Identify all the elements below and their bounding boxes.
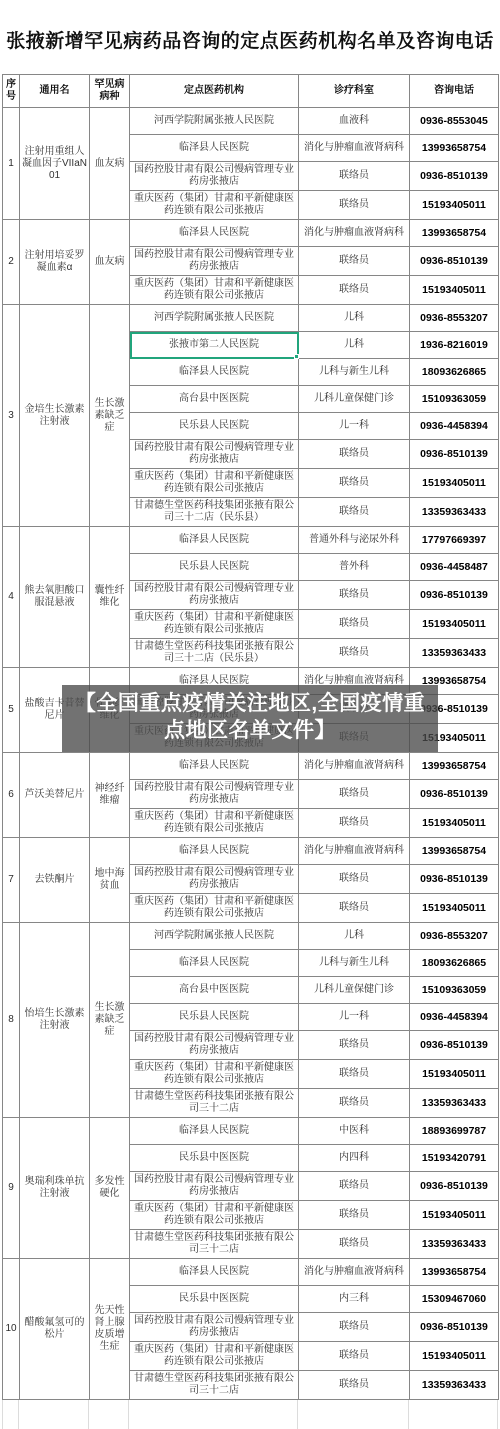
drug-name-cell: 注射用重组人凝血因子VIIaN01	[20, 108, 90, 220]
drug-name-cell: 熊去氧胆酸口服混悬液	[20, 527, 90, 668]
col-header-disease: 罕见病病种	[90, 75, 130, 108]
department-cell: 血液科	[299, 108, 410, 135]
phone-cell: 18093626865	[410, 359, 499, 386]
institution-cell: 临泽县人民医院	[130, 220, 299, 247]
department-cell: 联络员	[299, 894, 410, 923]
department-cell: 联络员	[299, 1313, 410, 1342]
institution-cell: 河西学院附属张掖人民医院	[130, 305, 299, 332]
table-row: 10醋酸氟氢可的松片先天性肾上腺皮质增生症临泽县人民医院消化与肿瘤血液肾病科13…	[3, 1259, 499, 1286]
department-cell: 联络员	[299, 440, 410, 469]
department-cell: 联络员	[299, 1031, 410, 1060]
institution-cell: 甘肃德生堂医药科技集团张掖有限公司三十二店（民乐县）	[130, 639, 299, 668]
institution-cell: 高台县中医医院	[130, 386, 299, 413]
table-row: 1注射用重组人凝血因子VIIaN01血友病河西学院附属张掖人民医院血液科0936…	[3, 108, 499, 135]
department-cell: 联络员	[299, 581, 410, 610]
phone-cell: 15109363059	[410, 386, 499, 413]
department-cell: 联络员	[299, 498, 410, 527]
empty-cell	[129, 1400, 298, 1429]
institution-cell: 河西学院附属张掖人民医院	[130, 108, 299, 135]
selection-fill-handle	[294, 354, 299, 359]
table-row: 6芦沃美替尼片神经纤维瘤临泽县人民医院消化与肿瘤血液肾病科13993658754	[3, 753, 499, 780]
department-cell: 儿一科	[299, 1004, 410, 1031]
institution-cell: 高台县中医医院	[130, 977, 299, 1004]
department-cell: 消化与肿瘤血液肾病科	[299, 220, 410, 247]
disease-cell: 生长激素缺乏症	[90, 305, 130, 527]
phone-cell: 15193405011	[410, 1060, 499, 1089]
phone-cell: 0936-8510139	[410, 1031, 499, 1060]
department-cell: 联络员	[299, 865, 410, 894]
watermark-text-line: 点地区名单文件】	[64, 717, 436, 744]
institution-cell: 甘肃德生堂医药科技集团张掖有限公司三十二店	[130, 1089, 299, 1118]
empty-cell	[298, 1400, 409, 1429]
institution-cell: 国药控股甘肃有限公司慢病管理专业药房张掖店	[130, 1172, 299, 1201]
institution-cell: 临泽县人民医院	[130, 753, 299, 780]
institution-cell: 国药控股甘肃有限公司慢病管理专业药房张掖店	[130, 162, 299, 191]
department-cell: 内四科	[299, 1145, 410, 1172]
phone-cell: 1936-8216019	[410, 332, 499, 359]
row-index-cell: 6	[3, 753, 20, 838]
row-index-cell: 1	[3, 108, 20, 220]
institution-cell: 民乐县人民医院	[130, 413, 299, 440]
row-index-cell: 7	[3, 838, 20, 923]
institution-cell: 临泽县人民医院	[130, 838, 299, 865]
institution-cell: 国药控股甘肃有限公司慢病管理专业药房张掖店	[130, 581, 299, 610]
institution-cell: 临泽县人民医院	[130, 135, 299, 162]
institution-cell: 临泽县人民医院	[130, 359, 299, 386]
department-cell: 儿科与新生儿科	[299, 359, 410, 386]
table-row: 9奥瑞利珠单抗注射液多发性硬化临泽县人民医院中医科18893699787	[3, 1118, 499, 1145]
phone-cell: 15193405011	[410, 276, 499, 305]
phone-cell: 13359363433	[410, 1371, 499, 1400]
institution-cell: 国药控股甘肃有限公司慢病管理专业药房张掖店	[130, 865, 299, 894]
institution-cell: 国药控股甘肃有限公司慢病管理专业药房张掖店	[130, 247, 299, 276]
phone-cell: 13359363433	[410, 639, 499, 668]
table-row: 4熊去氧胆酸口服混悬液囊性纤维化临泽县人民医院普通外科与泌尿外科17797669…	[3, 527, 499, 554]
phone-cell: 0936-8553045	[410, 108, 499, 135]
watermark-overlay: 【全国重点疫情关注地区,全国疫情重 点地区名单文件】	[62, 685, 438, 752]
phone-cell: 15193405011	[410, 469, 499, 498]
department-cell: 中医科	[299, 1118, 410, 1145]
phone-cell: 15309467060	[410, 1286, 499, 1313]
institution-cell: 甘肃德生堂医药科技集团张掖有限公司三十二店	[130, 1230, 299, 1259]
institution-cell: 重庆医药（集团）甘肃和平新健康医药连锁有限公司张掖店	[130, 809, 299, 838]
phone-cell: 0936-8510139	[410, 1172, 499, 1201]
row-index-cell: 10	[3, 1259, 20, 1400]
phone-cell: 15193405011	[410, 1201, 499, 1230]
department-cell: 联络员	[299, 469, 410, 498]
institution-cell: 国药控股甘肃有限公司慢病管理专业药房张掖店	[130, 440, 299, 469]
watermark-text-line: 【全国重点疫情关注地区,全国疫情重	[64, 690, 436, 717]
row-index-cell: 4	[3, 527, 20, 668]
row-index-cell: 2	[3, 220, 20, 305]
phone-cell: 13993658754	[410, 838, 499, 865]
institution-cell: 国药控股甘肃有限公司慢病管理专业药房张掖店	[130, 1313, 299, 1342]
phone-cell: 0936-8510139	[410, 162, 499, 191]
department-cell: 儿一科	[299, 413, 410, 440]
phone-cell: 15193405011	[410, 809, 499, 838]
institution-cell: 甘肃德生堂医药科技集团张掖有限公司三十二店	[130, 1371, 299, 1400]
row-index-cell: 8	[3, 923, 20, 1118]
department-cell: 消化与肿瘤血液肾病科	[299, 838, 410, 865]
institution-cell: 民乐县人民医院	[130, 1004, 299, 1031]
department-cell: 普外科	[299, 554, 410, 581]
department-cell: 联络员	[299, 162, 410, 191]
institution-cell: 临泽县人民医院	[130, 950, 299, 977]
institution-cell: 重庆医药（集团）甘肃和平新健康医药连锁有限公司张掖店	[130, 1342, 299, 1371]
institution-cell: 河西学院附属张掖人民医院	[130, 923, 299, 950]
phone-cell: 0936-8510139	[410, 581, 499, 610]
empty-cell	[89, 1400, 129, 1429]
col-header-index: 序号	[3, 75, 20, 108]
phone-cell: 17797669397	[410, 527, 499, 554]
department-cell: 联络员	[299, 780, 410, 809]
drug-name-cell: 芦沃美替尼片	[20, 753, 90, 838]
department-cell: 联络员	[299, 276, 410, 305]
disease-cell: 血友病	[90, 220, 130, 305]
col-header-department: 诊疗科室	[299, 75, 410, 108]
phone-cell: 15193405011	[410, 191, 499, 220]
institution-cell: 临泽县人民医院	[130, 1118, 299, 1145]
drug-name-cell: 怡培生长激素注射液	[20, 923, 90, 1118]
department-cell: 儿科	[299, 923, 410, 950]
phone-cell: 0936-8510139	[410, 1313, 499, 1342]
department-cell: 联络员	[299, 1201, 410, 1230]
department-cell: 儿科与新生儿科	[299, 950, 410, 977]
phone-cell: 18893699787	[410, 1118, 499, 1145]
phone-cell: 0936-8553207	[410, 923, 499, 950]
department-cell: 消化与肿瘤血液肾病科	[299, 753, 410, 780]
phone-cell: 0936-4458487	[410, 554, 499, 581]
table-body: 1注射用重组人凝血因子VIIaN01血友病河西学院附属张掖人民医院血液科0936…	[3, 108, 499, 1400]
department-cell: 联络员	[299, 1342, 410, 1371]
phone-cell: 13993658754	[410, 753, 499, 780]
table-row: 8怡培生长激素注射液生长激素缺乏症河西学院附属张掖人民医院儿科0936-8553…	[3, 923, 499, 950]
phone-cell: 15109363059	[410, 977, 499, 1004]
drug-name-cell: 醋酸氟氢可的松片	[20, 1259, 90, 1400]
col-header-institution: 定点医药机构	[130, 75, 299, 108]
empty-cell	[19, 1400, 89, 1429]
phone-cell: 15193420791	[410, 1145, 499, 1172]
phone-cell: 15193405011	[410, 610, 499, 639]
department-cell: 内三科	[299, 1286, 410, 1313]
empty-grid-row	[2, 1400, 498, 1429]
institution-cell: 重庆医药（集团）甘肃和平新健康医药连锁有限公司张掖店	[130, 1201, 299, 1230]
institution-cell: 临泽县人民医院	[130, 1259, 299, 1286]
institution-cell: 重庆医药（集团）甘肃和平新健康医药连锁有限公司张掖店	[130, 191, 299, 220]
table-row: 7去铁酮片地中海贫血临泽县人民医院消化与肿瘤血液肾病科13993658754	[3, 838, 499, 865]
institution-cell: 重庆医药（集团）甘肃和平新健康医药连锁有限公司张掖店	[130, 469, 299, 498]
institution-cell: 民乐县中医医院	[130, 1145, 299, 1172]
institution-cell: 国药控股甘肃有限公司慢病管理专业药房张掖店	[130, 780, 299, 809]
department-cell: 消化与肿瘤血液肾病科	[299, 135, 410, 162]
institution-cell: 国药控股甘肃有限公司慢病管理专业药房张掖店	[130, 1031, 299, 1060]
institution-cell: 重庆医药（集团）甘肃和平新健康医药连锁有限公司张掖店	[130, 1060, 299, 1089]
disease-cell: 血友病	[90, 108, 130, 220]
disease-cell: 先天性肾上腺皮质增生症	[90, 1259, 130, 1400]
institution-cell: 民乐县人民医院	[130, 554, 299, 581]
phone-cell: 13359363433	[410, 498, 499, 527]
table-header-row: 序号 通用名 罕见病病种 定点医药机构 诊疗科室 咨询电话	[3, 75, 499, 108]
phone-cell: 0936-4458394	[410, 1004, 499, 1031]
department-cell: 儿科	[299, 305, 410, 332]
phone-cell: 13993658754	[410, 135, 499, 162]
department-cell: 普通外科与泌尿外科	[299, 527, 410, 554]
department-cell: 儿科儿童保健门诊	[299, 977, 410, 1004]
institution-cell: 张掖市第二人民医院	[130, 332, 299, 359]
department-cell: 儿科儿童保健门诊	[299, 386, 410, 413]
phone-cell: 13359363433	[410, 1230, 499, 1259]
table-row: 2注射用培妥罗凝血素α血友病临泽县人民医院消化与肿瘤血液肾病科139936587…	[3, 220, 499, 247]
phone-cell: 13359363433	[410, 1089, 499, 1118]
empty-cell	[409, 1400, 498, 1429]
institution-cell: 临泽县人民医院	[130, 527, 299, 554]
drug-name-cell: 去铁酮片	[20, 838, 90, 923]
institution-cell: 甘肃德生堂医药科技集团张掖有限公司三十二店（民乐县）	[130, 498, 299, 527]
phone-cell: 13993658754	[410, 1259, 499, 1286]
phone-cell: 0936-8510139	[410, 247, 499, 276]
phone-cell: 0936-8553207	[410, 305, 499, 332]
department-cell: 联络员	[299, 1230, 410, 1259]
col-header-phone: 咨询电话	[410, 75, 499, 108]
department-cell: 联络员	[299, 610, 410, 639]
row-index-cell: 5	[3, 668, 20, 753]
phone-cell: 0936-8510139	[410, 865, 499, 894]
row-index-cell: 3	[3, 305, 20, 527]
disease-cell: 生长激素缺乏症	[90, 923, 130, 1118]
disease-cell: 神经纤维瘤	[90, 753, 130, 838]
drug-name-cell: 奥瑞利珠单抗注射液	[20, 1118, 90, 1259]
phone-cell: 0936-8510139	[410, 440, 499, 469]
phone-cell: 13993658754	[410, 220, 499, 247]
empty-cell	[2, 1400, 19, 1429]
department-cell: 联络员	[299, 809, 410, 838]
phone-cell: 18093626865	[410, 950, 499, 977]
col-header-generic-name: 通用名	[20, 75, 90, 108]
row-index-cell: 9	[3, 1118, 20, 1259]
phone-cell: 0936-8510139	[410, 780, 499, 809]
department-cell: 联络员	[299, 639, 410, 668]
department-cell: 联络员	[299, 191, 410, 220]
disease-cell: 囊性纤维化	[90, 527, 130, 668]
page-title: 张掖新增罕见病药品咨询的定点医药机构名单及咨询电话	[0, 0, 500, 70]
department-cell: 联络员	[299, 247, 410, 276]
table-row: 3金培生长激素注射液生长激素缺乏症河西学院附属张掖人民医院儿科0936-8553…	[3, 305, 499, 332]
institution-cell: 重庆医药（集团）甘肃和平新健康医药连锁有限公司张掖店	[130, 894, 299, 923]
phone-cell: 15193405011	[410, 1342, 499, 1371]
department-cell: 联络员	[299, 1089, 410, 1118]
drug-name-cell: 注射用培妥罗凝血素α	[20, 220, 90, 305]
institution-cell: 重庆医药（集团）甘肃和平新健康医药连锁有限公司张掖店	[130, 610, 299, 639]
institution-cell: 重庆医药（集团）甘肃和平新健康医药连锁有限公司张掖店	[130, 276, 299, 305]
drug-name-cell: 金培生长激素注射液	[20, 305, 90, 527]
phone-cell: 0936-4458394	[410, 413, 499, 440]
department-cell: 联络员	[299, 1172, 410, 1201]
disease-cell: 多发性硬化	[90, 1118, 130, 1259]
institution-cell: 民乐县中医医院	[130, 1286, 299, 1313]
disease-cell: 地中海贫血	[90, 838, 130, 923]
department-cell: 联络员	[299, 1060, 410, 1089]
department-cell: 联络员	[299, 1371, 410, 1400]
phone-cell: 15193405011	[410, 894, 499, 923]
department-cell: 儿科	[299, 332, 410, 359]
department-cell: 消化与肿瘤血液肾病科	[299, 1259, 410, 1286]
